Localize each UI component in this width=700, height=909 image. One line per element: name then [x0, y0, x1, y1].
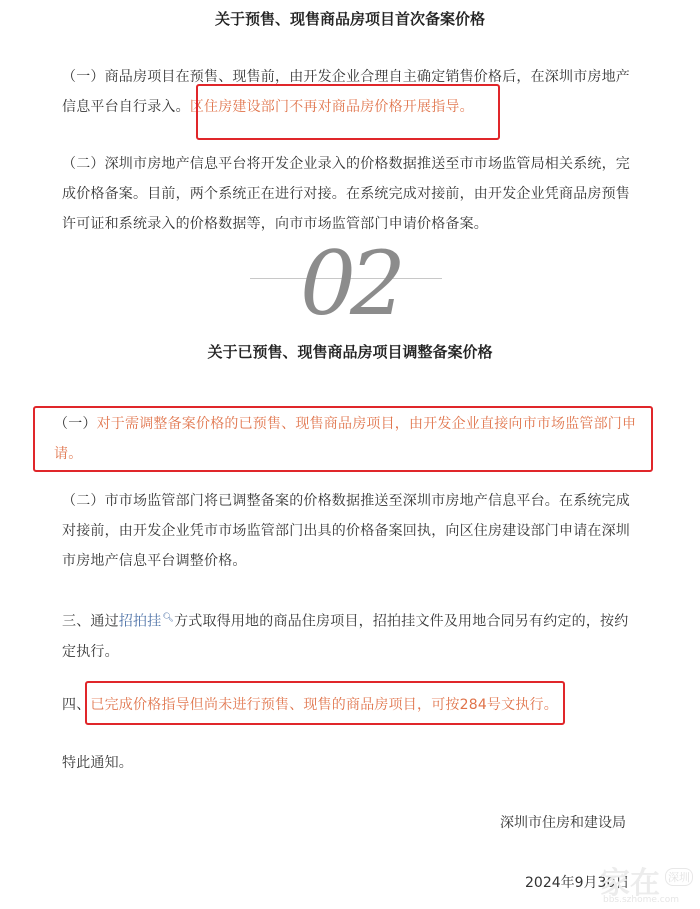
- search-icon[interactable]: 🔍︎: [162, 603, 174, 633]
- signature-org: 深圳市住房和建设局: [500, 812, 626, 832]
- section2-item1-highlight: 对于需调整备案价格的已预售、现售商品房项目，由开发企业直接向市市场监管部门申请。: [54, 416, 636, 462]
- section2-item2: （二）市市场监管部门将已调整备案的价格数据推送至深圳市房地产信息平台。在系统完成…: [62, 486, 642, 576]
- highlight-box-3: [85, 681, 565, 725]
- section-number: 02: [300, 240, 400, 328]
- watermark-badge: 深圳: [665, 868, 693, 886]
- section2-title: 关于已预售、现售商品房项目调整备案价格: [0, 341, 700, 362]
- watermark-url: bbs.szhome.com: [603, 895, 679, 905]
- closing-text: 特此通知。: [62, 748, 642, 778]
- section2-item1: （一）对于需调整备案价格的已预售、现售商品房项目，由开发企业直接向市市场监管部门…: [54, 409, 639, 469]
- section2-item1-prefix: （一）: [54, 416, 97, 432]
- section1-title: 关于预售、现售商品房项目首次备案价格: [0, 8, 700, 29]
- section1-item2: （二）深圳市房地产信息平台将开发企业录入的价格数据推送至市市场监管局相关系统，完…: [62, 149, 642, 239]
- highlight-box-1: [196, 84, 500, 140]
- zhaopaigua-link[interactable]: 招拍挂: [119, 614, 162, 630]
- item3: 三、通过招拍挂🔍︎方式取得用地的商品住房项目，招拍挂文件及用地合同另有约定的，按…: [62, 603, 642, 667]
- item3-prefix: 三、通过: [62, 614, 119, 630]
